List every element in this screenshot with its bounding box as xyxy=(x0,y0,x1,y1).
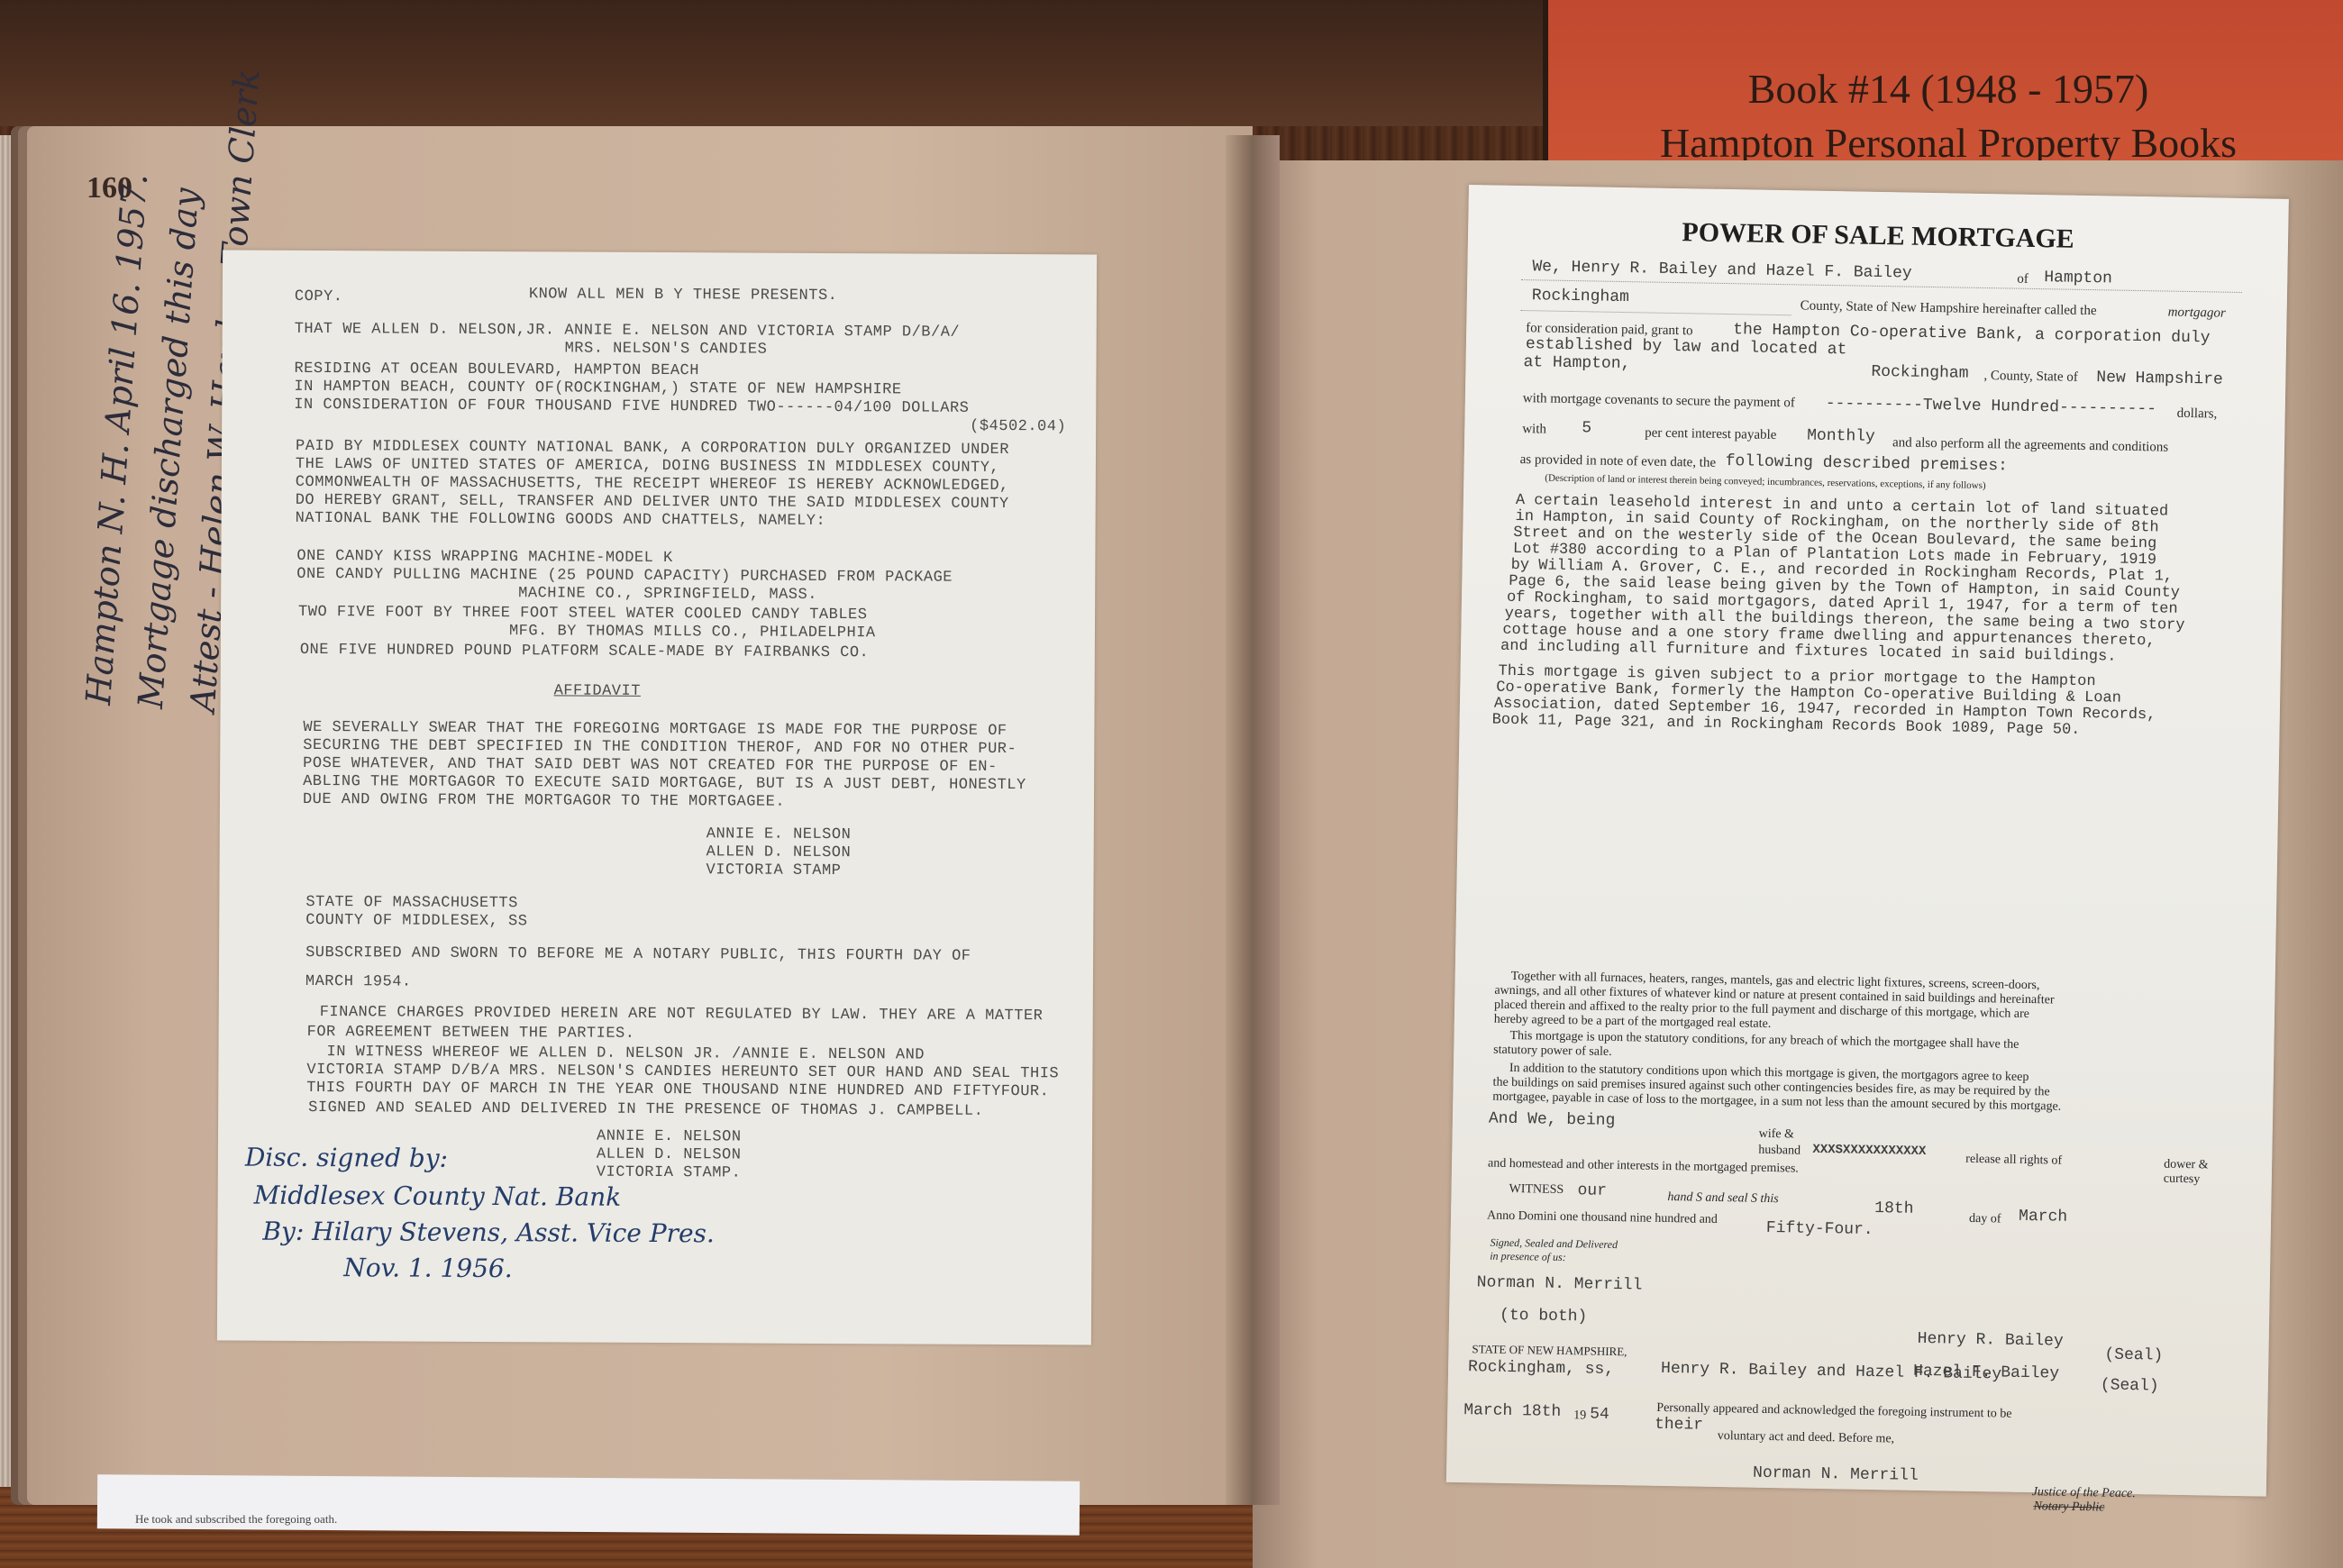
closing-line: IN WITNESS WHEREOF WE ALLEN D. NELSON JR… xyxy=(326,1044,925,1063)
chattel-mortgage-copy: COPY. KNOW ALL MEN B Y THESE PRESENTS. T… xyxy=(217,250,1097,1345)
seal-label: (Seal) xyxy=(2104,1346,2163,1365)
closing-line: FINANCE CHARGES PROVIDED HEREIN ARE NOT … xyxy=(320,1004,1044,1025)
form-label: as provided in note of even date, the xyxy=(1520,452,1717,471)
doc-line: IN CONSIDERATION OF FOUR THOUSAND FIVE H… xyxy=(294,397,969,417)
signer-name: ALLEN D. NELSON xyxy=(597,1146,742,1164)
witness-value: our xyxy=(1577,1181,1607,1200)
mortgagors-field: We, Henry R. Bailey and Hazel F. Bailey xyxy=(1532,258,1912,282)
affidavit-line: DUE AND OWING FROM THE MORTGAGOR TO THE … xyxy=(303,791,785,811)
month-field: March xyxy=(2019,1208,2067,1226)
notary-line: MARCH 1954. xyxy=(305,973,412,991)
seal-label: (Seal) xyxy=(2101,1376,2159,1395)
power-of-sale-mortgage-form: POWER OF SALE MORTGAGE We, Henry R. Bail… xyxy=(1446,185,2289,1497)
doc-line: MRS. NELSON'S CANDIES xyxy=(565,340,768,358)
form-label: per cent interest payable xyxy=(1645,425,1776,443)
jurisdiction-line: COUNTY OF MIDDLESEX, SS xyxy=(305,912,527,930)
form-label: curtesy xyxy=(2164,1172,2201,1188)
handwritten-discharge: Nov. 1. 1956. xyxy=(343,1253,513,1283)
chattel-item: ONE FIVE HUNDRED POUND PLATFORM SCALE-MA… xyxy=(300,642,869,661)
form-label: with xyxy=(1522,422,1546,437)
form-label: and also perform all the agreements and … xyxy=(1892,435,2168,455)
form-label: County, State of New Hampshire hereinaft… xyxy=(1801,298,2097,319)
signer-name: ANNIE E. NELSON xyxy=(597,1128,742,1146)
signer-name: ANNIE E. NELSON xyxy=(707,825,852,843)
witness-note: (to both) xyxy=(1500,1307,1588,1326)
chattel-item: TWO FIVE FOOT BY THREE FOOT STEEL WATER … xyxy=(298,604,867,624)
handwritten-discharge: By: Hilary Stevens, Asst. Vice Pres. xyxy=(262,1217,715,1249)
year-field: Fifty-Four. xyxy=(1766,1219,1873,1239)
form-label: husband xyxy=(1758,1144,1801,1159)
affidavit-heading: AFFIDAVIT xyxy=(554,682,641,700)
signer-name: ALLEN D. NELSON xyxy=(707,843,852,861)
ack-date: March 18th xyxy=(1463,1401,1561,1421)
form-label: , County, State of xyxy=(1983,369,2078,386)
payment-frequency-field: Monthly xyxy=(1807,427,1875,446)
form-label: Notary Public xyxy=(2033,1500,2104,1515)
book-label-line1: Book #14 (1948 - 1957) xyxy=(1548,65,2343,113)
closing-line: SIGNED AND SEALED AND DELIVERED IN THE P… xyxy=(308,1099,983,1120)
form-label: WITNESS xyxy=(1509,1182,1564,1198)
underlying-strip-text: He took and subscribed the foregoing oat… xyxy=(135,1512,337,1527)
premises-label: following described premises: xyxy=(1726,452,2009,475)
struck-out-text: XXXSXXXXXXXXXXX xyxy=(1812,1143,1926,1159)
ack-their: their xyxy=(1655,1416,1703,1435)
form-label: release all rights of xyxy=(1965,1153,2062,1169)
book-gutter xyxy=(1226,135,1280,1505)
county-ss: Rockingham, ss, xyxy=(1468,1358,1614,1379)
form-title: POWER OF SALE MORTGAGE xyxy=(1468,214,2288,259)
form-label: Justice of the Peace. xyxy=(2032,1485,2136,1501)
doc-title: KNOW ALL MEN B Y THESE PRESENTS. xyxy=(529,286,838,305)
form-label: Signed, Sealed and Delivered in presence… xyxy=(1490,1236,1626,1266)
justice-name: Norman N. Merrill xyxy=(1753,1464,1919,1485)
handwritten-discharge: Middlesex County Nat. Bank xyxy=(254,1181,622,1212)
chattel-item: ONE CANDY KISS WRAPPING MACHINE-MODEL K xyxy=(296,548,672,567)
doc-line: RESIDING AT OCEAN BOULEVARD, HAMPTON BEA… xyxy=(294,360,699,379)
town-field: Hampton xyxy=(2044,269,2112,287)
notary-line: SUBSCRIBED AND SWORN TO BEFORE ME A NOTA… xyxy=(305,944,971,965)
signer-name: VICTORIA STAMP xyxy=(707,861,842,880)
signer-name: Henry R. Bailey xyxy=(1918,1330,2064,1351)
chattel-item: MFG. BY THOMAS MILLS CO., PHILADELPHIA xyxy=(509,623,876,642)
form-label: Personally appeared and acknowledged the… xyxy=(1656,1401,2011,1422)
signer-name: VICTORIA STAMP. xyxy=(597,1164,742,1182)
interest-rate-field: 5 xyxy=(1582,419,1591,437)
and-we-being: And We, being xyxy=(1489,1110,1616,1130)
form-label: with mortgage covenants to secure the pa… xyxy=(1523,391,1795,411)
form-label: wife & xyxy=(1759,1127,1795,1143)
grantee-county-field: Rockingham xyxy=(1871,363,1968,383)
form-label: hand S and seal S this xyxy=(1667,1190,1779,1207)
form-rule xyxy=(1521,310,1791,315)
copy-label: COPY. xyxy=(295,288,343,305)
chattel-item: MACHINE CO., SPRINGFIELD, MASS. xyxy=(518,585,817,604)
handwritten-discharge: Disc. signed by: xyxy=(245,1143,448,1173)
amount-figure: ($4502.04) xyxy=(970,418,1066,436)
form-label: dower & xyxy=(2164,1158,2209,1173)
closing-line: FOR AGREEMENT BETWEEN THE PARTIES. xyxy=(307,1024,635,1043)
county-field: Rockingham xyxy=(1532,287,1629,306)
form-label: 19 xyxy=(1573,1408,1586,1423)
doc-line: THAT WE ALLEN D. NELSON,JR. ANNIE E. NEL… xyxy=(295,321,961,342)
ack-year: 54 xyxy=(1590,1406,1609,1424)
amount-field: ----------Twelve Hundred---------- xyxy=(1826,395,2157,418)
form-label: dollars, xyxy=(2177,406,2218,423)
form-label: and homestead and other interests in the… xyxy=(1488,1157,1799,1177)
form-hint: (Description of land or interest therein… xyxy=(1545,473,1985,492)
chattel-item: ONE CANDY PULLING MACHINE (25 POUND CAPA… xyxy=(296,566,953,587)
form-label: STATE OF NEW HAMPSHIRE, xyxy=(1472,1342,1627,1359)
boilerplate-line: statutory power of sale. xyxy=(1493,1044,1612,1060)
closing-line: THIS FOURTH DAY OF MARCH IN THE YEAR ONE… xyxy=(306,1080,1049,1100)
form-label: of xyxy=(2017,272,2028,287)
affidavit-line: POSE WHATEVER, AND THAT SAID DEBT WAS NO… xyxy=(303,755,998,776)
form-label: voluntary act and deed. Before me, xyxy=(1718,1429,1895,1446)
jurisdiction-line: STATE OF MASSACHUSETTS xyxy=(305,894,518,912)
grantee-town-field: at Hampton, xyxy=(1523,353,1630,373)
doc-line: NATIONAL BANK THE FOLLOWING GOODS AND CH… xyxy=(296,510,826,530)
form-label: mortgagor xyxy=(2167,305,2225,322)
witness-name: Norman N. Merrill xyxy=(1477,1273,1643,1294)
grantee-state-field: New Hampshire xyxy=(2096,369,2223,388)
doc-line: IN HAMPTON BEACH, COUNTY OF(ROCKINGHAM,)… xyxy=(294,378,901,399)
form-label: day of xyxy=(1969,1212,2001,1227)
form-label: Anno Domini one thousand nine hundred an… xyxy=(1487,1209,1718,1227)
day-field: 18th xyxy=(1874,1199,1914,1218)
